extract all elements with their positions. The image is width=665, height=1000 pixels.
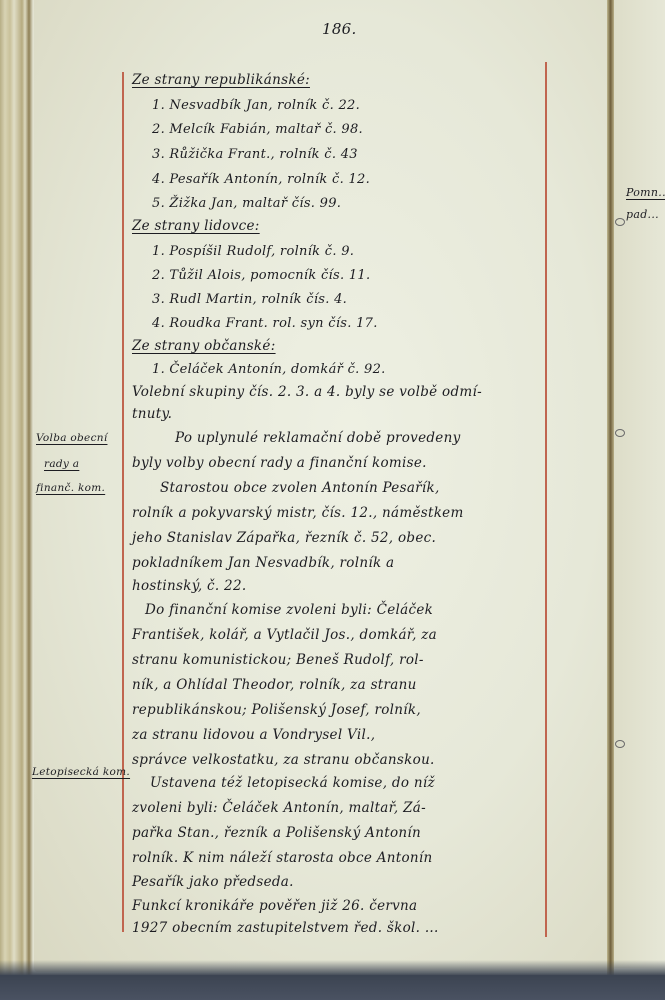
text-line: správce velkostatku, za stranu občanskou…: [132, 752, 435, 768]
text-line: Do finanční komise zvoleni byli: Čeláček: [145, 602, 433, 618]
text-line: rolník. K nim náleží starosta obce Anton…: [132, 850, 433, 866]
facing-page-note: pad...: [626, 208, 659, 221]
text-line: republikánskou; Polišenský Josef, rolník…: [132, 702, 421, 718]
text-line: zvoleni byli: Čeláček Antonín, maltař, Z…: [132, 800, 426, 816]
text-line: stranu komunistickou; Beneš Rudolf, rol-: [132, 652, 424, 668]
margin-note: Volba obecní: [36, 432, 107, 444]
facing-page-note-clip: Pomn... pad...: [620, 180, 665, 240]
text-line: Ustavena též letopisecká komise, do níž: [150, 775, 435, 791]
text-line: Starostou obce zvolen Antonín Pesařík,: [160, 480, 440, 496]
list-item: 2. Tůžil Alois, pomocník čís. 11.: [152, 268, 370, 283]
facing-page: [614, 0, 665, 968]
text-line: Pesařík jako předseda.: [132, 874, 294, 890]
section-heading: Ze strany republikánské:: [132, 72, 310, 88]
book-gutter: [607, 0, 614, 975]
text-line: Volební skupiny čís. 2. 3. a 4. byly se …: [132, 384, 482, 400]
text-line: pařka Stan., řezník a Polišenský Antonín: [132, 825, 421, 841]
open-ledger-book: 186. Ze strany republikánské: 1. Nesvadb…: [0, 0, 665, 975]
text-line: František, kolář, a Vytlačil Jos., domká…: [132, 627, 437, 643]
text-line: jeho Stanislav Zápařka, řezník č. 52, ob…: [132, 530, 436, 546]
section-heading: Ze strany lidovce:: [132, 218, 260, 234]
facing-page-note: Pomn...: [626, 186, 665, 199]
text-line: ník, a Ohlídal Theodor, rolník, za stran…: [132, 677, 417, 693]
list-item: 1. Čeláček Antonín, domkář č. 92.: [152, 362, 386, 377]
text-line: tnuty.: [132, 406, 172, 422]
stacked-page-edges: [0, 0, 34, 975]
table-surface: [0, 960, 665, 1000]
section-heading: Ze strany občanské:: [132, 338, 276, 354]
text-line: za stranu lidovou a Vondrysel Vil.,: [132, 727, 375, 743]
binding-ring-icon: [615, 429, 625, 437]
list-item: 3. Rudl Martin, rolník čís. 4.: [152, 292, 347, 307]
text-line: hostinský, č. 22.: [132, 578, 246, 594]
margin-note: rady a: [44, 458, 79, 470]
text-line: 1927 obecním zastupitelstvem řed. škol. …: [132, 920, 439, 936]
text-line: rolník a pokyvarský mistr, čís. 12., nám…: [132, 505, 464, 521]
margin-note: finanč. kom.: [36, 482, 105, 494]
list-item: 1. Nesvadbík Jan, rolník č. 22.: [152, 98, 360, 113]
list-item: 3. Růžička Frant., rolník č. 43: [152, 147, 358, 162]
text-line: Funkcí kronikáře pověřen již 26. června: [132, 898, 417, 914]
left-margin-rule: [122, 72, 124, 932]
list-item: 4. Roudka Frant. rol. syn čís. 17.: [152, 316, 378, 331]
margin-note: Letopisecká kom.: [32, 766, 130, 778]
list-item: 1. Pospíšil Rudolf, rolník č. 9.: [152, 244, 354, 259]
right-margin-rule: [545, 62, 547, 937]
text-line: Po uplynulé reklamační době provedeny: [175, 430, 461, 446]
list-item: 4. Pesařík Antonín, rolník č. 12.: [152, 172, 370, 187]
text-line: byly volby obecní rady a finanční komise…: [132, 455, 427, 471]
list-item: 2. Melcík Fabián, maltař č. 98.: [152, 122, 363, 137]
binding-ring-icon: [615, 740, 625, 748]
text-line: pokladníkem Jan Nesvadbík, rolník a: [132, 555, 394, 571]
page-number: 186.: [322, 20, 357, 38]
list-item: 5. Žižka Jan, maltař čís. 99.: [152, 196, 341, 211]
